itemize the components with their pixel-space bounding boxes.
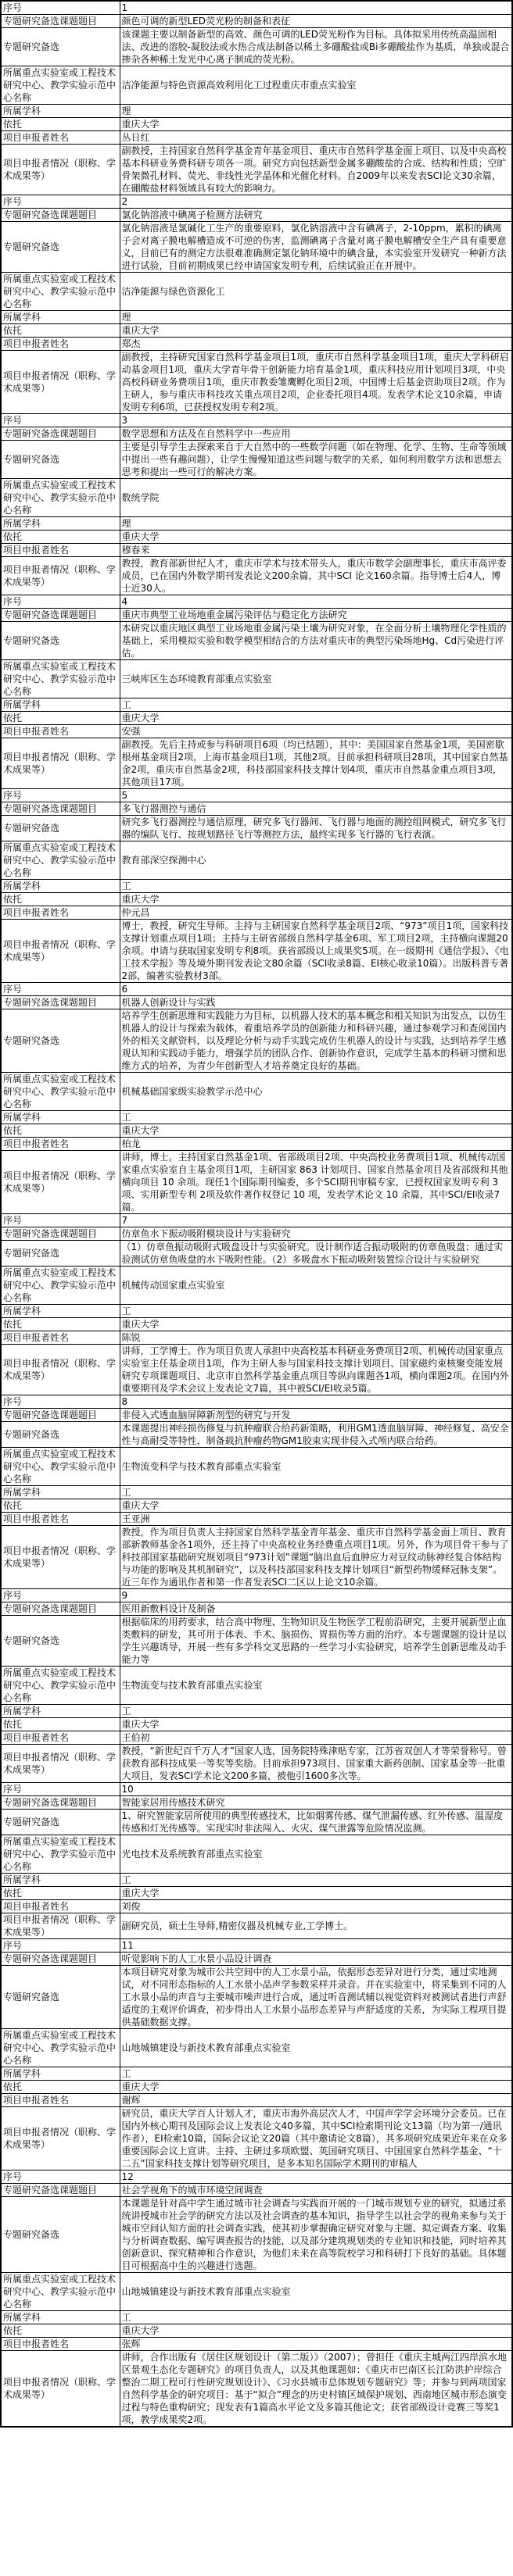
row-applicant-name: 项目申报者姓名 刘俊 <box>1 1900 512 1913</box>
applicant-profile-value-cell: 副教授。先后主持或参与科研项目6项（均已结题），其中：美国国家自然基金1项，美国… <box>120 738 512 789</box>
row-topic-title: 专题研究备选课题题目 非侵入式透血脑屏障新剂型的研究与开发 <box>1 1409 512 1422</box>
discipline-value-cell: 工 <box>120 1874 512 1887</box>
affiliation-label-cell: 依托 <box>1 1499 120 1513</box>
applicant-name-value-cell: 刘俊 <box>120 1900 512 1913</box>
topic-summary-label-cell: 专题研究备选 <box>1 1422 120 1448</box>
topic-record: 序号 8 专题研究备选课题题目 非侵入式透血脑屏障新剂型的研究与开发 专题研究备… <box>1 1395 512 1589</box>
affiliation-value-cell: 重庆大学 <box>120 1318 512 1331</box>
row-seq: 序号 4 <box>1 595 512 609</box>
lab-name-value-cell: 光电技术及系统教育部重点实验室 <box>120 1835 512 1874</box>
row-topic-title: 专题研究备选课题题目 机器人创新设计与实践 <box>1 996 512 1009</box>
applicant-name-label-cell: 项目申报者姓名 <box>1 1138 120 1151</box>
topic-summary-value-cell: 培养学生创新思维和实践能力为目标，以机器人技术的基本概念和相关知识为出发点，以仿… <box>120 1009 512 1073</box>
row-discipline: 所属学科 工 <box>1 2067 512 2081</box>
affiliation-value-cell: 重庆大学 <box>120 2324 512 2338</box>
applicant-profile-label-cell: 项目申报者情况（职称、学术成果等） <box>1 1913 120 1939</box>
row-discipline: 所属学科 工 <box>1 2311 512 2324</box>
seq-label-cell: 序号 <box>1 414 120 427</box>
applicant-name-value-cell: 陈锐 <box>120 1331 512 1345</box>
topic-record: 序号 12 专题研究备选课题题目 社会学视角下的城市环境空间调查 专题研究备选 … <box>1 2170 512 2428</box>
row-topic-title: 专题研究备选课题题目 颜色可调的新型LED荧光粉的制备和表征 <box>1 15 512 28</box>
applicant-profile-value-cell: 博士，教授，研究生导师。主持与主研国家自然科学基金项目2项、“973”项目1项，… <box>120 920 512 983</box>
row-discipline: 所属学科 工 <box>1 880 512 893</box>
row-applicant-name: 项目申报者姓名 仲元昌 <box>1 906 512 920</box>
topic-record: 序号 2 专题研究备选课题题目 氯化钠溶液中碘离子检测方法研究 专题研究备选 氯… <box>1 195 512 414</box>
seq-value-cell: 5 <box>120 789 512 802</box>
topic-summary-label-cell: 专题研究备选 <box>1 1009 120 1073</box>
topic-title-label-cell: 专题研究备选课题题目 <box>1 427 120 441</box>
row-topic-summary: 专题研究备选 氯化钠溶液是氯碱化工生产的重要原料，氯化钠溶液中含有碘离子，2-1… <box>1 222 512 273</box>
applicant-name-label-cell: 项目申报者姓名 <box>1 1731 120 1745</box>
seq-label-cell: 序号 <box>1 983 120 996</box>
row-affiliation: 依托 重庆大学 <box>1 1124 512 1138</box>
seq-value-cell: 2 <box>120 195 512 209</box>
row-lab-name: 所属重点实验室或工程技术研究中心、教学实验示范中心名称 机械基础国家级实验教学示… <box>1 1073 512 1111</box>
applicant-name-value-cell: 仲元昌 <box>120 906 512 920</box>
discipline-label-cell: 所属学科 <box>1 311 120 324</box>
row-topic-summary: 专题研究备选 研究多飞行器测控与通信原理，研究多飞行器间、飞行器与地面的测控组网… <box>1 816 512 841</box>
applicant-profile-label-cell: 项目申报者情况（职称、学术成果等） <box>1 1151 120 1214</box>
row-discipline: 所属学科 工 <box>1 1874 512 1887</box>
affiliation-label-cell: 依托 <box>1 324 120 338</box>
row-topic-summary: 专题研究备选 本课题是针对高中学生通过城市社会调查与实践而开展的一门城市规划专业… <box>1 2197 512 2273</box>
affiliation-value-cell: 重庆大学 <box>120 531 512 544</box>
row-seq: 序号 10 <box>1 1783 512 1796</box>
applicant-name-value-cell: 王亚洲 <box>120 1513 512 1526</box>
lab-name-label-cell: 所属重点实验室或工程技术研究中心、教学实验示范中心名称 <box>1 1448 120 1486</box>
applicant-name-label-cell: 项目申报者姓名 <box>1 131 120 145</box>
row-applicant-name: 项目申报者姓名 王亚洲 <box>1 1513 512 1526</box>
topic-record: 序号 11 专题研究备选课题题目 听觉影响下的人工水景小品设计调查 专题研究备选… <box>1 1939 512 2170</box>
topic-title-value-cell: 社会学视角下的城市环境空间调查 <box>120 2184 512 2197</box>
row-applicant-name: 项目申报者姓名 谢辉 <box>1 2094 512 2107</box>
discipline-label-cell: 所属学科 <box>1 1705 120 1718</box>
affiliation-value-cell: 重庆大学 <box>120 1718 512 1731</box>
topic-title-value-cell: 非侵入式透血脑屏障新剂型的研究与开发 <box>120 1409 512 1422</box>
topic-record: 序号 10 专题研究备选课题题目 智能家居用传感技术研究 专题研究备选 1、研究… <box>1 1783 512 1939</box>
topic-summary-value-cell: （1）仿章鱼振动吸附式吸盘设计与实验研究。设计制作适合振动吸附的仿章鱼吸盘；通过… <box>120 1241 512 1267</box>
topic-title-label-cell: 专题研究备选课题题目 <box>1 1602 120 1616</box>
discipline-label-cell: 所属学科 <box>1 517 120 531</box>
applicant-profile-value-cell: 教授，教育部新世纪人才，重庆市学术与技术带头人，重庆市数学会副理事长，重庆市高评… <box>120 557 512 595</box>
row-applicant-profile: 项目申报者情况（职称、学术成果等） 副教授，主持研究国家自然科学基金项目1项，重… <box>1 351 512 414</box>
lab-name-value-cell: 机械传动国家重点实验室 <box>120 1267 512 1305</box>
applicant-name-value-cell: 张辉 <box>120 2338 512 2351</box>
affiliation-label-cell: 依托 <box>1 1318 120 1331</box>
row-affiliation: 依托 重庆大学 <box>1 893 512 906</box>
topic-title-value-cell: 氯化钠溶液中碘离子检测方法研究 <box>120 209 512 222</box>
applicant-profile-label-cell: 项目申报者情况（职称、学术成果等） <box>1 351 120 414</box>
applicant-profile-label-cell: 项目申报者情况（职称、学术成果等） <box>1 2351 120 2428</box>
row-applicant-name: 项目申报者姓名 柏龙 <box>1 1138 512 1151</box>
applicant-name-label-cell: 项目申报者姓名 <box>1 906 120 920</box>
row-topic-summary: 专题研究备选 该课题主要以制备新型的高效、颜色可调的LED荧光粉作为目标。具体拟… <box>1 28 512 66</box>
seq-label-cell: 序号 <box>1 1395 120 1409</box>
seq-label-cell: 序号 <box>1 1939 120 1953</box>
row-applicant-profile: 项目申报者情况（职称、学术成果等） 副研究员，硕士生导师,精密仪器及机械专业,工… <box>1 1913 512 1939</box>
applicant-profile-value-cell: 讲师，博士。主持国家自然基金1项、省部级项目2项、中央高校业务费项目1项、机械传… <box>120 1151 512 1214</box>
lab-name-label-cell: 所属重点实验室或工程技术研究中心、教学实验示范中心名称 <box>1 1667 120 1705</box>
lab-name-label-cell: 所属重点实验室或工程技术研究中心、教学实验示范中心名称 <box>1 1835 120 1874</box>
topic-record: 序号 3 专题研究备选课题题目 数学思想和方法及在自然科学中一些应用 专题研究备… <box>1 414 512 595</box>
topic-summary-label-cell: 专题研究备选 <box>1 1966 120 2029</box>
row-seq: 序号 9 <box>1 1589 512 1602</box>
seq-value-cell: 10 <box>120 1783 512 1796</box>
topic-summary-label-cell: 专题研究备选 <box>1 28 120 66</box>
row-seq: 序号 8 <box>1 1395 512 1409</box>
row-affiliation: 依托 重庆大学 <box>1 2081 512 2094</box>
affiliation-label-cell: 依托 <box>1 2324 120 2338</box>
row-topic-summary: 专题研究备选 本研究以重庆地区典型工业场地重金属污染土壤为研究对象，在全面分析土… <box>1 622 512 660</box>
row-topic-title: 专题研究备选课题题目 听觉影响下的人工水景小品设计调查 <box>1 1953 512 1966</box>
topic-title-value-cell: 重庆市典型工业场地重金属污染评估与稳定化方法研究 <box>120 609 512 622</box>
lab-name-label-cell: 所属重点实验室或工程技术研究中心、教学实验示范中心名称 <box>1 1267 120 1305</box>
lab-name-value-cell: 洁净能源与特色资源高效利用化工过程重庆市重点实验室 <box>120 66 512 105</box>
applicant-profile-label-cell: 项目申报者情况（职称、学术成果等） <box>1 920 120 983</box>
applicant-name-label-cell: 项目申报者姓名 <box>1 2094 120 2107</box>
topic-summary-value-cell: 主要是引导学生去探索来自于大自然中的一些数学问题（如在物理、化学、生物、生命等领… <box>120 441 512 479</box>
row-applicant-profile: 项目申报者情况（职称、学术成果等） 讲师，合作出版有《居住区规划设计（第二版）》… <box>1 2351 512 2428</box>
row-applicant-name: 项目申报者姓名 陈锐 <box>1 1331 512 1345</box>
applicant-profile-value-cell: 研究员，重庆大学百人计划人才，重庆市海外高层次人才，中国声学学会环境分会委员。已… <box>120 2107 512 2170</box>
applicant-profile-value-cell: 副教授，主持国家自然科学基金青年基金项目、重庆市自然科学基金面上项目、以及中央高… <box>120 145 512 195</box>
affiliation-label-cell: 依托 <box>1 1124 120 1138</box>
affiliation-value-cell: 重庆大学 <box>120 1124 512 1138</box>
applicant-profile-label-cell: 项目申报者情况（职称、学术成果等） <box>1 557 120 595</box>
row-applicant-profile: 项目申报者情况（职称、学术成果等） 教授，作为项目负责人主持国家自然科学基金青年… <box>1 1526 512 1589</box>
lab-name-label-cell: 所属重点实验室或工程技术研究中心、教学实验示范中心名称 <box>1 841 120 880</box>
row-affiliation: 依托 重庆大学 <box>1 1499 512 1513</box>
discipline-value-cell: 工 <box>120 1705 512 1718</box>
row-lab-name: 所属重点实验室或工程技术研究中心、教学实验示范中心名称 光电技术及系统教育部重点… <box>1 1835 512 1874</box>
applicant-profile-label-cell: 项目申报者情况（职称、学术成果等） <box>1 1526 120 1589</box>
discipline-value-cell: 工 <box>120 880 512 893</box>
topic-summary-label-cell: 专题研究备选 <box>1 622 120 660</box>
lab-name-label-cell: 所属重点实验室或工程技术研究中心、教学实验示范中心名称 <box>1 660 120 698</box>
topics-table: 序号 1 专题研究备选课题题目 颜色可调的新型LED荧光粉的制备和表征 专题研究… <box>0 0 513 2428</box>
seq-label-cell: 序号 <box>1 789 120 802</box>
affiliation-label-cell: 依托 <box>1 712 120 725</box>
seq-label-cell: 序号 <box>1 2170 120 2184</box>
row-topic-summary: 专题研究备选 培养学生创新思维和实践能力为目标，以机器人技术的基本概念和相关知识… <box>1 1009 512 1073</box>
affiliation-value-cell: 重庆大学 <box>120 324 512 338</box>
topic-record: 序号 1 专题研究备选课题题目 颜色可调的新型LED荧光粉的制备和表征 专题研究… <box>1 1 512 195</box>
topic-summary-label-cell: 专题研究备选 <box>1 2197 120 2273</box>
discipline-label-cell: 所属学科 <box>1 1486 120 1499</box>
row-affiliation: 依托 重庆大学 <box>1 531 512 544</box>
applicant-name-value-cell: 谢辉 <box>120 2094 512 2107</box>
row-affiliation: 依托 重庆大学 <box>1 1887 512 1900</box>
row-seq: 序号 1 <box>1 1 512 15</box>
applicant-name-value-cell: 穆春来 <box>120 544 512 557</box>
row-affiliation: 依托 重庆大学 <box>1 2324 512 2338</box>
applicant-profile-value-cell: 讲师，合作出版有《居住区规划设计（第二版）》（2007）；曾担任《重庆主城两江四… <box>120 2351 512 2428</box>
topic-title-value-cell: 数学思想和方法及在自然科学中一些应用 <box>120 427 512 441</box>
applicant-name-label-cell: 项目申报者姓名 <box>1 338 120 351</box>
topic-title-value-cell: 医用新敷料设计及制备 <box>120 1602 512 1616</box>
topic-summary-label-cell: 专题研究备选 <box>1 816 120 841</box>
applicant-profile-value-cell: 副教授，主持研究国家自然科学基金项目1项，重庆市自然科学基金项目1项，重庆大学科… <box>120 351 512 414</box>
discipline-label-cell: 所属学科 <box>1 2311 120 2324</box>
seq-label-cell: 序号 <box>1 1783 120 1796</box>
row-applicant-name: 项目申报者姓名 王伯初 <box>1 1731 512 1745</box>
row-discipline: 所属学科 理 <box>1 311 512 324</box>
row-topic-title: 专题研究备选课题题目 仿章鱼水下振动吸附模块设计与实验研究 <box>1 1227 512 1241</box>
topic-summary-value-cell: 该课题主要以制备新型的高效、颜色可调的LED荧光粉作为目标。具体拟采用传统高温固… <box>120 28 512 66</box>
topic-title-label-cell: 专题研究备选课题题目 <box>1 609 120 622</box>
row-seq: 序号 12 <box>1 2170 512 2184</box>
row-applicant-profile: 项目申报者情况（职称、学术成果等） 副教授。先后主持或参与科研项目6项（均已结题… <box>1 738 512 789</box>
row-topic-summary: 专题研究备选 1、研究智能家居所使用的典型传感技术，比如烟雾传感、煤气泄漏传感、… <box>1 1810 512 1835</box>
lab-name-label-cell: 所属重点实验室或工程技术研究中心、教学实验示范中心名称 <box>1 66 120 105</box>
row-topic-title: 专题研究备选课题题目 多飞行器测控与通信 <box>1 802 512 816</box>
affiliation-label-cell: 依托 <box>1 118 120 131</box>
topic-title-label-cell: 专题研究备选课题题目 <box>1 1409 120 1422</box>
row-discipline: 所属学科 工 <box>1 1486 512 1499</box>
topic-summary-value-cell: 本研究以重庆地区典型工业场地重金属污染土壤为研究对象，在全面分析土壤物理化学性质… <box>120 622 512 660</box>
row-affiliation: 依托 重庆大学 <box>1 1718 512 1731</box>
lab-name-value-cell: 三峡库区生态环境教育部重点实验室 <box>120 660 512 698</box>
topic-summary-value-cell: 1、研究智能家居所使用的典型传感技术，比如烟雾传感、煤气泄漏传感、红外传感、温湿… <box>120 1810 512 1835</box>
row-applicant-name: 项目申报者姓名 张辉 <box>1 2338 512 2351</box>
lab-name-value-cell: 机械基础国家级实验教学示范中心 <box>120 1073 512 1111</box>
topic-title-label-cell: 专题研究备选课题题目 <box>1 996 120 1009</box>
applicant-profile-label-cell: 项目申报者情况（职称、学术成果等） <box>1 2107 120 2170</box>
row-topic-title: 专题研究备选课题题目 智能家居用传感技术研究 <box>1 1796 512 1810</box>
discipline-label-cell: 所属学科 <box>1 1874 120 1887</box>
discipline-label-cell: 所属学科 <box>1 105 120 118</box>
applicant-profile-value-cell: 教授，“新世纪百千万人才”国家人选，国务院特殊津贴专家，江苏省双创人才等荣誉称号… <box>120 1745 512 1783</box>
seq-value-cell: 12 <box>120 2170 512 2184</box>
row-lab-name: 所属重点实验室或工程技术研究中心、教学实验示范中心名称 洁净能源与特色资源高效利… <box>1 66 512 105</box>
applicant-name-value-cell: 丛日红 <box>120 131 512 145</box>
row-seq: 序号 3 <box>1 414 512 427</box>
lab-name-value-cell: 教育部深空探测中心 <box>120 841 512 880</box>
row-applicant-profile: 项目申报者情况（职称、学术成果等） 讲师，工学博士。作为项目负责人承担中央高校基… <box>1 1345 512 1395</box>
lab-name-label-cell: 所属重点实验室或工程技术研究中心、教学实验示范中心名称 <box>1 1073 120 1111</box>
lab-name-label-cell: 所属重点实验室或工程技术研究中心、教学实验示范中心名称 <box>1 2029 120 2067</box>
discipline-label-cell: 所属学科 <box>1 698 120 712</box>
affiliation-value-cell: 重庆大学 <box>120 893 512 906</box>
applicant-profile-label-cell: 项目申报者情况（职称、学术成果等） <box>1 1745 120 1783</box>
seq-label-cell: 序号 <box>1 1 120 15</box>
discipline-label-cell: 所属学科 <box>1 2067 120 2081</box>
seq-label-cell: 序号 <box>1 1589 120 1602</box>
seq-value-cell: 6 <box>120 983 512 996</box>
discipline-value-cell: 工 <box>120 1111 512 1124</box>
topic-title-label-cell: 专题研究备选课题题目 <box>1 1796 120 1810</box>
affiliation-value-cell: 重庆大学 <box>120 1499 512 1513</box>
affiliation-value-cell: 重庆大学 <box>120 118 512 131</box>
discipline-value-cell: 理 <box>120 105 512 118</box>
affiliation-value-cell: 重庆大学 <box>120 2081 512 2094</box>
topic-title-value-cell: 多飞行器测控与通信 <box>120 802 512 816</box>
seq-value-cell: 11 <box>120 1939 512 1953</box>
affiliation-label-cell: 依托 <box>1 2081 120 2094</box>
discipline-value-cell: 工 <box>120 1305 512 1318</box>
affiliation-label-cell: 依托 <box>1 1887 120 1900</box>
row-seq: 序号 5 <box>1 789 512 802</box>
row-discipline: 所属学科 理 <box>1 517 512 531</box>
lab-name-label-cell: 所属重点实验室或工程技术研究中心、教学实验示范中心名称 <box>1 2273 120 2311</box>
topic-title-label-cell: 专题研究备选课题题目 <box>1 2184 120 2197</box>
row-seq: 序号 7 <box>1 1214 512 1227</box>
seq-value-cell: 4 <box>120 595 512 609</box>
seq-value-cell: 3 <box>120 414 512 427</box>
affiliation-label-cell: 依托 <box>1 1718 120 1731</box>
row-applicant-profile: 项目申报者情况（职称、学术成果等） 研究员，重庆大学百人计划人才，重庆市海外高层… <box>1 2107 512 2170</box>
row-applicant-name: 项目申报者姓名 郑杰 <box>1 338 512 351</box>
topic-summary-label-cell: 专题研究备选 <box>1 222 120 273</box>
topic-title-label-cell: 专题研究备选课题题目 <box>1 802 120 816</box>
row-discipline: 所属学科 工 <box>1 1305 512 1318</box>
row-seq: 序号 11 <box>1 1939 512 1953</box>
applicant-profile-label-cell: 项目申报者情况（职称、学术成果等） <box>1 1345 120 1395</box>
row-affiliation: 依托 重庆大学 <box>1 118 512 131</box>
topic-title-label-cell: 专题研究备选课题题目 <box>1 209 120 222</box>
seq-label-cell: 序号 <box>1 195 120 209</box>
row-applicant-profile: 项目申报者情况（职称、学术成果等） 博士，教授，研究生导师。主持与主研国家自然科… <box>1 920 512 983</box>
topic-record: 序号 9 专题研究备选课题题目 医用新敷料设计及制备 专题研究备选 根据临床的用… <box>1 1589 512 1783</box>
topic-title-value-cell: 颜色可调的新型LED荧光粉的制备和表征 <box>120 15 512 28</box>
seq-label-cell: 序号 <box>1 595 120 609</box>
applicant-profile-value-cell: 副研究员，硕士生导师,精密仪器及机械专业,工学博士。 <box>120 1913 512 1939</box>
applicant-name-value-cell: 安强 <box>120 725 512 738</box>
affiliation-label-cell: 依托 <box>1 893 120 906</box>
topic-summary-value-cell: 本课题提出神经损伤修复与抗肿瘤联合给药新策略，利用GM1透血脑屏障、神经修复、高… <box>120 1422 512 1448</box>
row-topic-summary: 专题研究备选 （1）仿章鱼振动吸附式吸盘设计与实验研究。设计制作适合振动吸附的仿… <box>1 1241 512 1267</box>
topic-title-value-cell: 智能家居用传感技术研究 <box>120 1796 512 1810</box>
topic-summary-value-cell: 本课题是针对高中学生通过城市社会调查与实践而开展的一门城市规划专业的研究，拟通过… <box>120 2197 512 2273</box>
row-topic-summary: 专题研究备选 本课题提出神经损伤修复与抗肿瘤联合给药新策略，利用GM1透血脑屏障… <box>1 1422 512 1448</box>
row-lab-name: 所属重点实验室或工程技术研究中心、教学实验示范中心名称 生物流变科学与技术教育部… <box>1 1448 512 1486</box>
seq-value-cell: 8 <box>120 1395 512 1409</box>
applicant-profile-label-cell: 项目申报者情况（职称、学术成果等） <box>1 738 120 789</box>
topic-summary-value-cell: 本项目研究对象为城市公共空间中的人工水景小品，依据形态差异对进行分类，通过实地测… <box>120 1966 512 2029</box>
row-lab-name: 所属重点实验室或工程技术研究中心、教学实验示范中心名称 数统学院 <box>1 479 512 517</box>
topic-record: 序号 4 专题研究备选课题题目 重庆市典型工业场地重金属污染评估与稳定化方法研究… <box>1 595 512 789</box>
row-applicant-name: 项目申报者姓名 穆春来 <box>1 544 512 557</box>
applicant-name-label-cell: 项目申报者姓名 <box>1 725 120 738</box>
topic-summary-value-cell: 氯化钠溶液是氯碱化工生产的重要原料，氯化钠溶液中含有碘离子，2-10ppm，累积… <box>120 222 512 273</box>
row-topic-title: 专题研究备选课题题目 氯化钠溶液中碘离子检测方法研究 <box>1 209 512 222</box>
topic-title-value-cell: 听觉影响下的人工水景小品设计调查 <box>120 1953 512 1966</box>
topic-title-label-cell: 专题研究备选课题题目 <box>1 1227 120 1241</box>
row-affiliation: 依托 重庆大学 <box>1 1318 512 1331</box>
row-seq: 序号 6 <box>1 983 512 996</box>
lab-name-value-cell: 山地城镇建设与新技术教育部重点实验室 <box>120 2029 512 2067</box>
topic-record: 序号 6 专题研究备选课题题目 机器人创新设计与实践 专题研究备选 培养学生创新… <box>1 983 512 1214</box>
row-topic-title: 专题研究备选课题题目 数学思想和方法及在自然科学中一些应用 <box>1 427 512 441</box>
affiliation-label-cell: 依托 <box>1 531 120 544</box>
topic-title-value-cell: 仿章鱼水下振动吸附模块设计与实验研究 <box>120 1227 512 1241</box>
discipline-value-cell: 工 <box>120 2311 512 2324</box>
topic-title-value-cell: 机器人创新设计与实践 <box>120 996 512 1009</box>
discipline-value-cell: 工 <box>120 1486 512 1499</box>
topic-summary-value-cell: 根据临床的用药要求，结合高中物理、生物知识及生物医学工程前沿研究，主要开展新型止… <box>120 1616 512 1667</box>
affiliation-value-cell: 重庆大学 <box>120 1887 512 1900</box>
applicant-name-label-cell: 项目申报者姓名 <box>1 2338 120 2351</box>
lab-name-value-cell: 生物流变与技术教育部重点实验室 <box>120 1667 512 1705</box>
lab-name-value-cell: 生物流变科学与技术教育部重点实验室 <box>120 1448 512 1486</box>
row-topic-title: 专题研究备选课题题目 医用新敷料设计及制备 <box>1 1602 512 1616</box>
seq-label-cell: 序号 <box>1 1214 120 1227</box>
applicant-name-value-cell: 王伯初 <box>120 1731 512 1745</box>
row-topic-title: 专题研究备选课题题目 重庆市典型工业场地重金属污染评估与稳定化方法研究 <box>1 609 512 622</box>
topic-summary-label-cell: 专题研究备选 <box>1 1810 120 1835</box>
discipline-value-cell: 工 <box>120 698 512 712</box>
applicant-name-label-cell: 项目申报者姓名 <box>1 544 120 557</box>
discipline-label-cell: 所属学科 <box>1 1305 120 1318</box>
applicant-name-value-cell: 郑杰 <box>120 338 512 351</box>
row-applicant-profile: 项目申报者情况（职称、学术成果等） 副教授，主持国家自然科学基金青年基金项目、重… <box>1 145 512 195</box>
topic-summary-label-cell: 专题研究备选 <box>1 1241 120 1267</box>
row-discipline: 所属学科 工 <box>1 698 512 712</box>
row-lab-name: 所属重点实验室或工程技术研究中心、教学实验示范中心名称 生物流变与技术教育部重点… <box>1 1667 512 1705</box>
topic-record: 序号 7 专题研究备选课题题目 仿章鱼水下振动吸附模块设计与实验研究 专题研究备… <box>1 1214 512 1395</box>
topic-title-label-cell: 专题研究备选课题题目 <box>1 15 120 28</box>
seq-value-cell: 7 <box>120 1214 512 1227</box>
discipline-label-cell: 所属学科 <box>1 880 120 893</box>
topic-summary-label-cell: 专题研究备选 <box>1 1616 120 1667</box>
seq-value-cell: 1 <box>120 1 512 15</box>
lab-name-value-cell: 山地城镇建设与新技术教育部重点实验室 <box>120 2273 512 2311</box>
discipline-value-cell: 理 <box>120 517 512 531</box>
row-lab-name: 所属重点实验室或工程技术研究中心、教学实验示范中心名称 机械传动国家重点实验室 <box>1 1267 512 1305</box>
row-affiliation: 依托 重庆大学 <box>1 712 512 725</box>
lab-name-value-cell: 洁净能源与绿色资源化工 <box>120 273 512 311</box>
row-seq: 序号 2 <box>1 195 512 209</box>
row-lab-name: 所属重点实验室或工程技术研究中心、教学实验示范中心名称 三峡库区生态环境教育部重… <box>1 660 512 698</box>
row-lab-name: 所属重点实验室或工程技术研究中心、教学实验示范中心名称 洁净能源与绿色资源化工 <box>1 273 512 311</box>
row-lab-name: 所属重点实验室或工程技术研究中心、教学实验示范中心名称 山地城镇建设与新技术教育… <box>1 2029 512 2067</box>
affiliation-value-cell: 重庆大学 <box>120 712 512 725</box>
row-applicant-name: 项目申报者姓名 安强 <box>1 725 512 738</box>
discipline-value-cell: 工 <box>120 2067 512 2081</box>
topic-title-label-cell: 专题研究备选课题题目 <box>1 1953 120 1966</box>
row-topic-summary: 专题研究备选 主要是引导学生去探索来自于大自然中的一些数学问题（如在物理、化学、… <box>1 441 512 479</box>
topic-record: 序号 5 专题研究备选课题题目 多飞行器测控与通信 专题研究备选 研究多飞行器测… <box>1 789 512 983</box>
row-topic-summary: 专题研究备选 本项目研究对象为城市公共空间中的人工水景小品，依据形态差异对进行分… <box>1 1966 512 2029</box>
row-applicant-profile: 项目申报者情况（职称、学术成果等） 教授，教育部新世纪人才，重庆市学术与技术带头… <box>1 557 512 595</box>
applicant-name-label-cell: 项目申报者姓名 <box>1 1513 120 1526</box>
row-topic-title: 专题研究备选课题题目 社会学视角下的城市环境空间调查 <box>1 2184 512 2197</box>
applicant-name-label-cell: 项目申报者姓名 <box>1 1900 120 1913</box>
lab-name-value-cell: 数统学院 <box>120 479 512 517</box>
discipline-label-cell: 所属学科 <box>1 1111 120 1124</box>
row-applicant-profile: 项目申报者情况（职称、学术成果等） 讲师，博士。主持国家自然基金1项、省部级项目… <box>1 1151 512 1214</box>
applicant-name-label-cell: 项目申报者姓名 <box>1 1331 120 1345</box>
discipline-value-cell: 理 <box>120 311 512 324</box>
lab-name-label-cell: 所属重点实验室或工程技术研究中心、教学实验示范中心名称 <box>1 273 120 311</box>
row-discipline: 所属学科 理 <box>1 105 512 118</box>
row-discipline: 所属学科 工 <box>1 1111 512 1124</box>
applicant-name-value-cell: 柏龙 <box>120 1138 512 1151</box>
applicant-profile-value-cell: 讲师，工学博士。作为项目负责人承担中央高校基本科研业务费项目2项、机械传动国家重… <box>120 1345 512 1395</box>
seq-value-cell: 9 <box>120 1589 512 1602</box>
topic-summary-label-cell: 专题研究备选 <box>1 441 120 479</box>
row-affiliation: 依托 重庆大学 <box>1 324 512 338</box>
row-discipline: 所属学科 工 <box>1 1705 512 1718</box>
row-lab-name: 所属重点实验室或工程技术研究中心、教学实验示范中心名称 山地城镇建设与新技术教育… <box>1 2273 512 2311</box>
row-applicant-name: 项目申报者姓名 丛日红 <box>1 131 512 145</box>
lab-name-label-cell: 所属重点实验室或工程技术研究中心、教学实验示范中心名称 <box>1 479 120 517</box>
topic-summary-value-cell: 研究多飞行器测控与通信原理，研究多飞行器间、飞行器与地面的测控组网模式，研究多飞… <box>120 816 512 841</box>
applicant-profile-value-cell: 教授，作为项目负责人主持国家自然科学基金青年基金、重庆市自然科学基金面上项目、教… <box>120 1526 512 1589</box>
row-topic-summary: 专题研究备选 根据临床的用药要求，结合高中物理、生物知识及生物医学工程前沿研究，… <box>1 1616 512 1667</box>
row-lab-name: 所属重点实验室或工程技术研究中心、教学实验示范中心名称 教育部深空探测中心 <box>1 841 512 880</box>
row-applicant-profile: 项目申报者情况（职称、学术成果等） 教授，“新世纪百千万人才”国家人选，国务院特… <box>1 1745 512 1783</box>
